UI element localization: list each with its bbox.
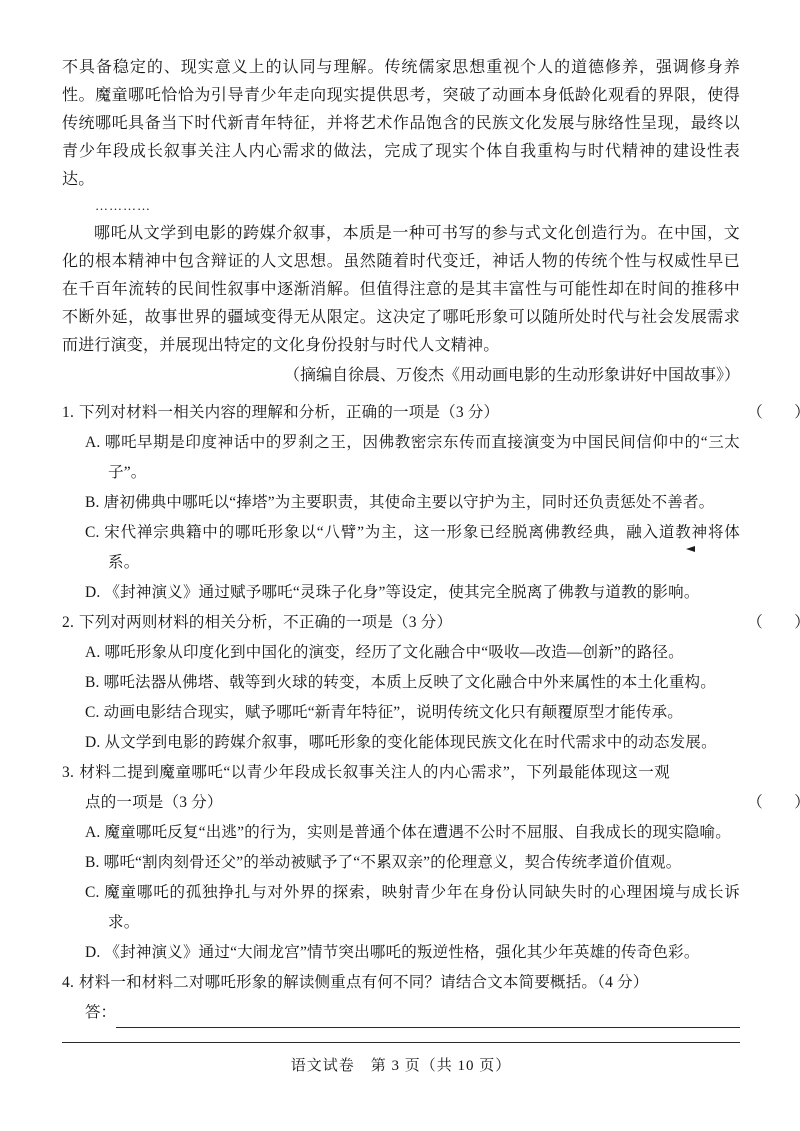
question-3-answer-bracket: （ ）	[770, 788, 800, 818]
question-3-number: 3.	[62, 764, 74, 781]
question-1-answer-bracket: （ ）	[770, 398, 800, 428]
question-4-number: 4.	[62, 974, 74, 991]
question-4: 4.材料一和材料二对哪吒形象的解读侧重点有何不同？请结合文本简要概括。（4 分）…	[62, 968, 740, 1043]
question-2: 2.下列对两则材料的相关分析，不正确的一项是（3 分） （ ） A.哪吒形象从印…	[62, 608, 740, 758]
option-text: 唐初佛典中哪吒以“捧塔”为主要职责，其使命主要以守护为主，同时还负责惩处不善者。	[104, 494, 715, 511]
reading-passage: 不具备稳定的、现实意义上的认同与理解。传统儒家思想重视个人的道德修养，强调修身养…	[62, 54, 740, 390]
option-text: 哪吒“割肉刻骨还父”的举动被赋予了“不累双亲”的伦理意义，契合传统孝道价值观。	[104, 854, 682, 871]
question-2-stem-text: 下列对两则材料的相关分析，不正确的一项是（3 分）	[79, 614, 452, 631]
option-label: A.	[85, 824, 100, 841]
option-text: 《封神演义》通过“大闹龙宫”情节突出哪吒的叛逆性格，强化其少年英雄的传奇色彩。	[104, 944, 699, 961]
question-section: 1.下列对材料一相关内容的理解和分析，正确的一项是（3 分） （ ） A.哪吒早…	[62, 398, 740, 1043]
question-3-stem-text: 材料二提到魔童哪吒“以青少年段成长叙事关注人的内心需求”，下列最能体现这一观点的…	[79, 764, 670, 811]
option-text: 宋代禅宗典籍中的哪吒形象以“八臂”为主，这一形象已经脱离佛教经典，融入道教神将体…	[104, 524, 740, 571]
question-3-stem: 3.材料二提到魔童哪吒“以青少年段成长叙事关注人的内心需求”，下列最能体现这一观…	[62, 758, 740, 818]
question-4-stem: 4.材料一和材料二对哪吒形象的解读侧重点有何不同？请结合文本简要概括。（4 分）	[62, 968, 740, 998]
question-1-number: 1.	[62, 404, 74, 421]
question-2-answer-bracket: （ ）	[770, 608, 800, 638]
option-text: 魔童哪吒反复“出逃”的行为，实则是普通个体在遭遇不公时不屈服、自我成长的现实隐喻…	[104, 824, 730, 841]
question-1-option-d: D.《封神演义》通过赋予哪吒“灵珠子化身”等设定，使其完全脱离了佛教与道教的影响…	[62, 578, 740, 608]
option-label: A.	[85, 434, 100, 451]
question-2-option-b: B.哪吒法器从佛塔、戟等到火球的转变，本质上反映了文化融合中外来属性的本土化重构…	[62, 668, 740, 698]
passage-source-attribution: （摘编自徐晨、万俊杰《用动画电影的生动形象讲好中国故事》）	[62, 362, 740, 390]
question-3: 3.材料二提到魔童哪吒“以青少年段成长叙事关注人的内心需求”，下列最能体现这一观…	[62, 758, 740, 968]
option-label: D.	[85, 944, 100, 961]
option-label: B.	[85, 854, 100, 871]
question-2-option-a: A.哪吒形象从印度化到中国化的演变，经历了文化融合中“吸收—改造—创新”的路径。	[62, 638, 740, 668]
passage-paragraph-1: 不具备稳定的、现实意义上的认同与理解。传统儒家思想重视个人的道德修养，强调修身养…	[62, 54, 740, 194]
option-label: C.	[85, 704, 100, 721]
answer-blank-line-1	[116, 1002, 740, 1028]
question-1-option-c: C.宋代禅宗典籍中的哪吒形象以“八臂”为主，这一形象已经脱离佛教经典，融入道教神…	[62, 518, 740, 578]
question-1-option-b: B.唐初佛典中哪吒以“捧塔”为主要职责，其使命主要以守护为主，同时还负责惩处不善…	[62, 488, 740, 518]
option-text: 魔童哪吒的孤独挣扎与对外界的探索，映射青少年在身份认同缺失时的心理困境与成长诉求…	[104, 884, 740, 931]
option-label: A.	[85, 644, 100, 661]
question-2-number: 2.	[62, 614, 74, 631]
option-label: D.	[85, 734, 100, 751]
question-2-stem: 2.下列对两则材料的相关分析，不正确的一项是（3 分） （ ）	[62, 608, 740, 638]
answer-row: 答：	[62, 998, 740, 1028]
passage-paragraph-2: 哪吒从文学到电影的跨媒介叙事，本质是一种可书写的参与式文化创造行为。在中国，文化…	[62, 220, 740, 360]
question-3-option-c: C.魔童哪吒的孤独挣扎与对外界的探索，映射青少年在身份认同缺失时的心理困境与成长…	[62, 878, 740, 938]
question-2-option-d: D.从文学到电影的跨媒介叙事，哪吒形象的变化能体现民族文化在时代需求中的动态发展…	[62, 728, 740, 758]
question-1-option-a: A.哪吒早期是印度神话中的罗刹之王，因佛教密宗东传而直接演变为中国民间信仰中的“…	[62, 428, 740, 488]
exam-paper-page: 不具备稳定的、现实意义上的认同与理解。传统儒家思想重视个人的道德修养，强调修身养…	[0, 0, 800, 1131]
option-text: 动画电影结合现实，赋予哪吒“新青年特征”，说明传统文化只有颠覆原型才能传承。	[104, 704, 683, 721]
answer-blank-line-2	[62, 1042, 740, 1043]
stray-arrow-mark	[686, 546, 695, 552]
option-text: 从文学到电影的跨媒介叙事，哪吒形象的变化能体现民族文化在时代需求中的动态发展。	[104, 734, 716, 751]
passage-omission-ellipsis: …………	[95, 196, 740, 216]
option-label: C.	[85, 524, 100, 541]
option-label: B.	[85, 494, 100, 511]
question-4-stem-text: 材料一和材料二对哪吒形象的解读侧重点有何不同？请结合文本简要概括。（4 分）	[79, 974, 648, 991]
option-label: D.	[85, 584, 100, 601]
page-footer: 语文试卷 第 3 页（共 10 页）	[62, 1055, 740, 1077]
question-1-stem-text: 下列对材料一相关内容的理解和分析，正确的一项是（3 分）	[79, 404, 499, 421]
question-2-option-c: C.动画电影结合现实，赋予哪吒“新青年特征”，说明传统文化只有颠覆原型才能传承。	[62, 698, 740, 728]
option-text: 哪吒法器从佛塔、戟等到火球的转变，本质上反映了文化融合中外来属性的本土化重构。	[104, 674, 716, 691]
option-text: 哪吒形象从印度化到中国化的演变，经历了文化融合中“吸收—改造—创新”的路径。	[104, 644, 683, 661]
question-3-option-d: D.《封神演义》通过“大闹龙宫”情节突出哪吒的叛逆性格，强化其少年英雄的传奇色彩…	[62, 938, 740, 968]
question-3-option-b: B.哪吒“割肉刻骨还父”的举动被赋予了“不累双亲”的伦理意义，契合传统孝道价值观…	[62, 848, 740, 878]
question-3-option-a: A.魔童哪吒反复“出逃”的行为，实则是普通个体在遭遇不公时不屈服、自我成长的现实…	[62, 818, 740, 848]
option-text: 哪吒早期是印度神话中的罗刹之王，因佛教密宗东传而直接演变为中国民间信仰中的“三太…	[104, 434, 740, 481]
answer-label: 答：	[85, 998, 116, 1028]
option-text: 《封神演义》通过赋予哪吒“灵珠子化身”等设定，使其完全脱离了佛教与道教的影响。	[104, 584, 699, 601]
option-label: C.	[85, 884, 100, 901]
question-1: 1.下列对材料一相关内容的理解和分析，正确的一项是（3 分） （ ） A.哪吒早…	[62, 398, 740, 608]
option-label: B.	[85, 674, 100, 691]
question-1-stem: 1.下列对材料一相关内容的理解和分析，正确的一项是（3 分） （ ）	[62, 398, 740, 428]
